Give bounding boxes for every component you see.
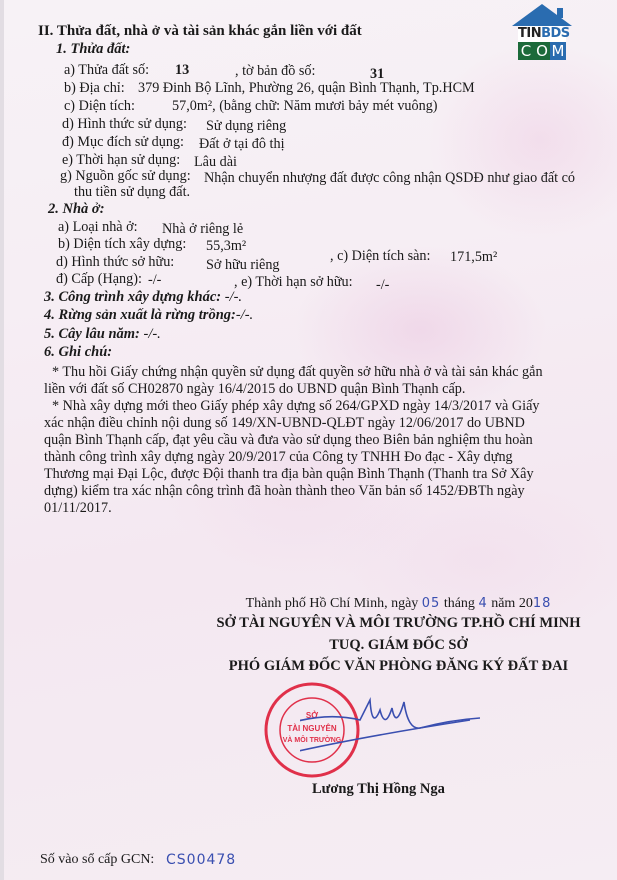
usage-term-label: e) Thời hạn sử dụng: bbox=[62, 152, 180, 168]
grade-label: đ) Cấp (Hạng): bbox=[56, 271, 142, 287]
land-parcel-number: 13 bbox=[175, 62, 189, 78]
origin-value: Nhận chuyển nhượng đất được công nhận QS… bbox=[204, 170, 575, 186]
forest-heading: 4. Rừng sản xuất là rừng trồng:-/-. bbox=[44, 307, 253, 323]
usage-purpose-label: đ) Mục đích sử dụng: bbox=[62, 134, 184, 150]
note-line: liền với đất số CH02870 ngày 16/4/2015 d… bbox=[44, 381, 465, 397]
note-line: xác nhận điều chỉnh nội dung số 149/XN-U… bbox=[44, 415, 525, 431]
address-label: b) Địa chỉ: bbox=[64, 80, 125, 96]
chimney-icon bbox=[557, 8, 563, 18]
logo-letter-m: M bbox=[550, 42, 566, 60]
floor-area-label: , c) Diện tích sàn: bbox=[330, 248, 430, 264]
area-label: c) Diện tích: bbox=[64, 98, 135, 114]
land-heading: 1. Thửa đất: bbox=[56, 41, 130, 57]
note-line: thành công trình xây dựng ngày 20/9/2017… bbox=[44, 449, 513, 465]
page-edge bbox=[0, 0, 4, 880]
perennial-value: -/-. bbox=[144, 326, 161, 342]
gcn-number-value: CS00478 bbox=[166, 852, 236, 868]
ownership-form-value: Sở hữu riêng bbox=[206, 257, 280, 273]
origin-value-cont: thu tiền sử dụng đất. bbox=[74, 184, 190, 200]
address-value: 379 Đinh Bộ Lĩnh, Phường 26, quận Bình T… bbox=[138, 80, 475, 96]
map-sheet-label: , tờ bản đồ số: bbox=[235, 63, 315, 79]
date-day: 05 bbox=[422, 596, 441, 611]
grade-value: -/- bbox=[148, 272, 161, 288]
signer-name: Lương Thị Hồng Nga bbox=[312, 781, 445, 797]
other-works-label: 3. Công trình xây dựng khác: bbox=[44, 289, 221, 305]
logo-text-tin: TIN bbox=[518, 26, 541, 41]
ownership-term-value: -/- bbox=[376, 277, 389, 293]
land-parcel-label: a) Thửa đất số: bbox=[64, 62, 149, 78]
note-line: * Thu hồi Giấy chứng nhận quyền sử dụng … bbox=[52, 364, 543, 380]
build-area-label: b) Diện tích xây dựng: bbox=[58, 236, 186, 252]
usage-form-label: d) Hình thức sử dụng: bbox=[62, 116, 187, 132]
forest-value: -/-. bbox=[236, 307, 253, 323]
other-works-heading: 3. Công trình xây dựng khác: -/-. bbox=[44, 289, 242, 305]
note-line: Thương mại Đại Lộc, được Đội thanh tra đ… bbox=[44, 466, 534, 482]
logo-letter-c: C bbox=[518, 42, 534, 60]
usage-form-value: Sử dụng riêng bbox=[206, 118, 286, 134]
tuq-line: TUQ. GIÁM ĐỐC SỞ bbox=[180, 637, 617, 654]
house-type-value: Nhà ở riêng lẻ bbox=[162, 221, 243, 237]
year-label: năm 20 bbox=[491, 596, 533, 611]
logo-text-bds: BDS bbox=[541, 26, 570, 41]
note-line: 01/11/2017. bbox=[44, 500, 112, 516]
area-value: 57,0m², (bằng chữ: Năm mươi bảy mét vuôn… bbox=[172, 98, 438, 114]
floor-area-value: 171,5m² bbox=[450, 249, 497, 265]
logo-letter-o: O bbox=[534, 42, 550, 60]
usage-purpose-value: Đất ở tại đô thị bbox=[199, 136, 285, 152]
date-month: 4 bbox=[478, 596, 487, 611]
month-label: tháng bbox=[444, 596, 475, 611]
gcn-number-label: Số vào sổ cấp GCN: bbox=[40, 852, 154, 868]
tinbds-logo: TINBDS C O M bbox=[512, 4, 572, 62]
other-works-value: -/-. bbox=[225, 289, 242, 305]
origin-label: g) Nguồn gốc sử dụng: bbox=[60, 168, 191, 184]
note-line: dựng) kiểm tra xác nhận công trình đã ho… bbox=[44, 483, 525, 499]
ownership-form-label: d) Hình thức sở hữu: bbox=[56, 254, 174, 270]
signer-title: PHÓ GIÁM ĐỐC VĂN PHÒNG ĐĂNG KÝ ĐẤT ĐAI bbox=[180, 658, 617, 675]
date-year-suffix: 18 bbox=[533, 596, 552, 611]
issuing-org: SỞ TÀI NGUYÊN VÀ MÔI TRƯỜNG TP.HỒ CHÍ MI… bbox=[180, 615, 617, 632]
note-line: * Nhà xây dựng mới theo Giấy phép xây dự… bbox=[52, 398, 539, 414]
ownership-term-label: , e) Thời hạn sở hữu: bbox=[234, 274, 353, 290]
section-title: II. Thửa đất, nhà ở và tài sản khác gắn … bbox=[38, 23, 362, 39]
house-type-label: a) Loại nhà ở: bbox=[58, 219, 138, 235]
perennial-heading: 5. Cây lâu năm: -/-. bbox=[44, 326, 161, 342]
signature-icon bbox=[300, 690, 480, 770]
forest-label: 4. Rừng sản xuất là rừng trồng: bbox=[44, 307, 236, 323]
usage-term-value: Lâu dài bbox=[194, 154, 237, 170]
house-heading: 2. Nhà ở: bbox=[48, 201, 105, 217]
notes-heading: 6. Ghi chú: bbox=[44, 344, 112, 360]
house-roof-icon bbox=[512, 4, 572, 26]
issue-date: Thành phố Hồ Chí Minh, ngày 05 tháng 4 n… bbox=[180, 596, 617, 612]
perennial-label: 5. Cây lâu năm: bbox=[44, 326, 140, 342]
build-area-value: 55,3m² bbox=[206, 238, 246, 254]
note-line: quận Bình Thạnh cấp, đạt yêu cầu và đưa … bbox=[44, 432, 533, 448]
date-prefix: Thành phố Hồ Chí Minh, ngày bbox=[246, 596, 419, 611]
